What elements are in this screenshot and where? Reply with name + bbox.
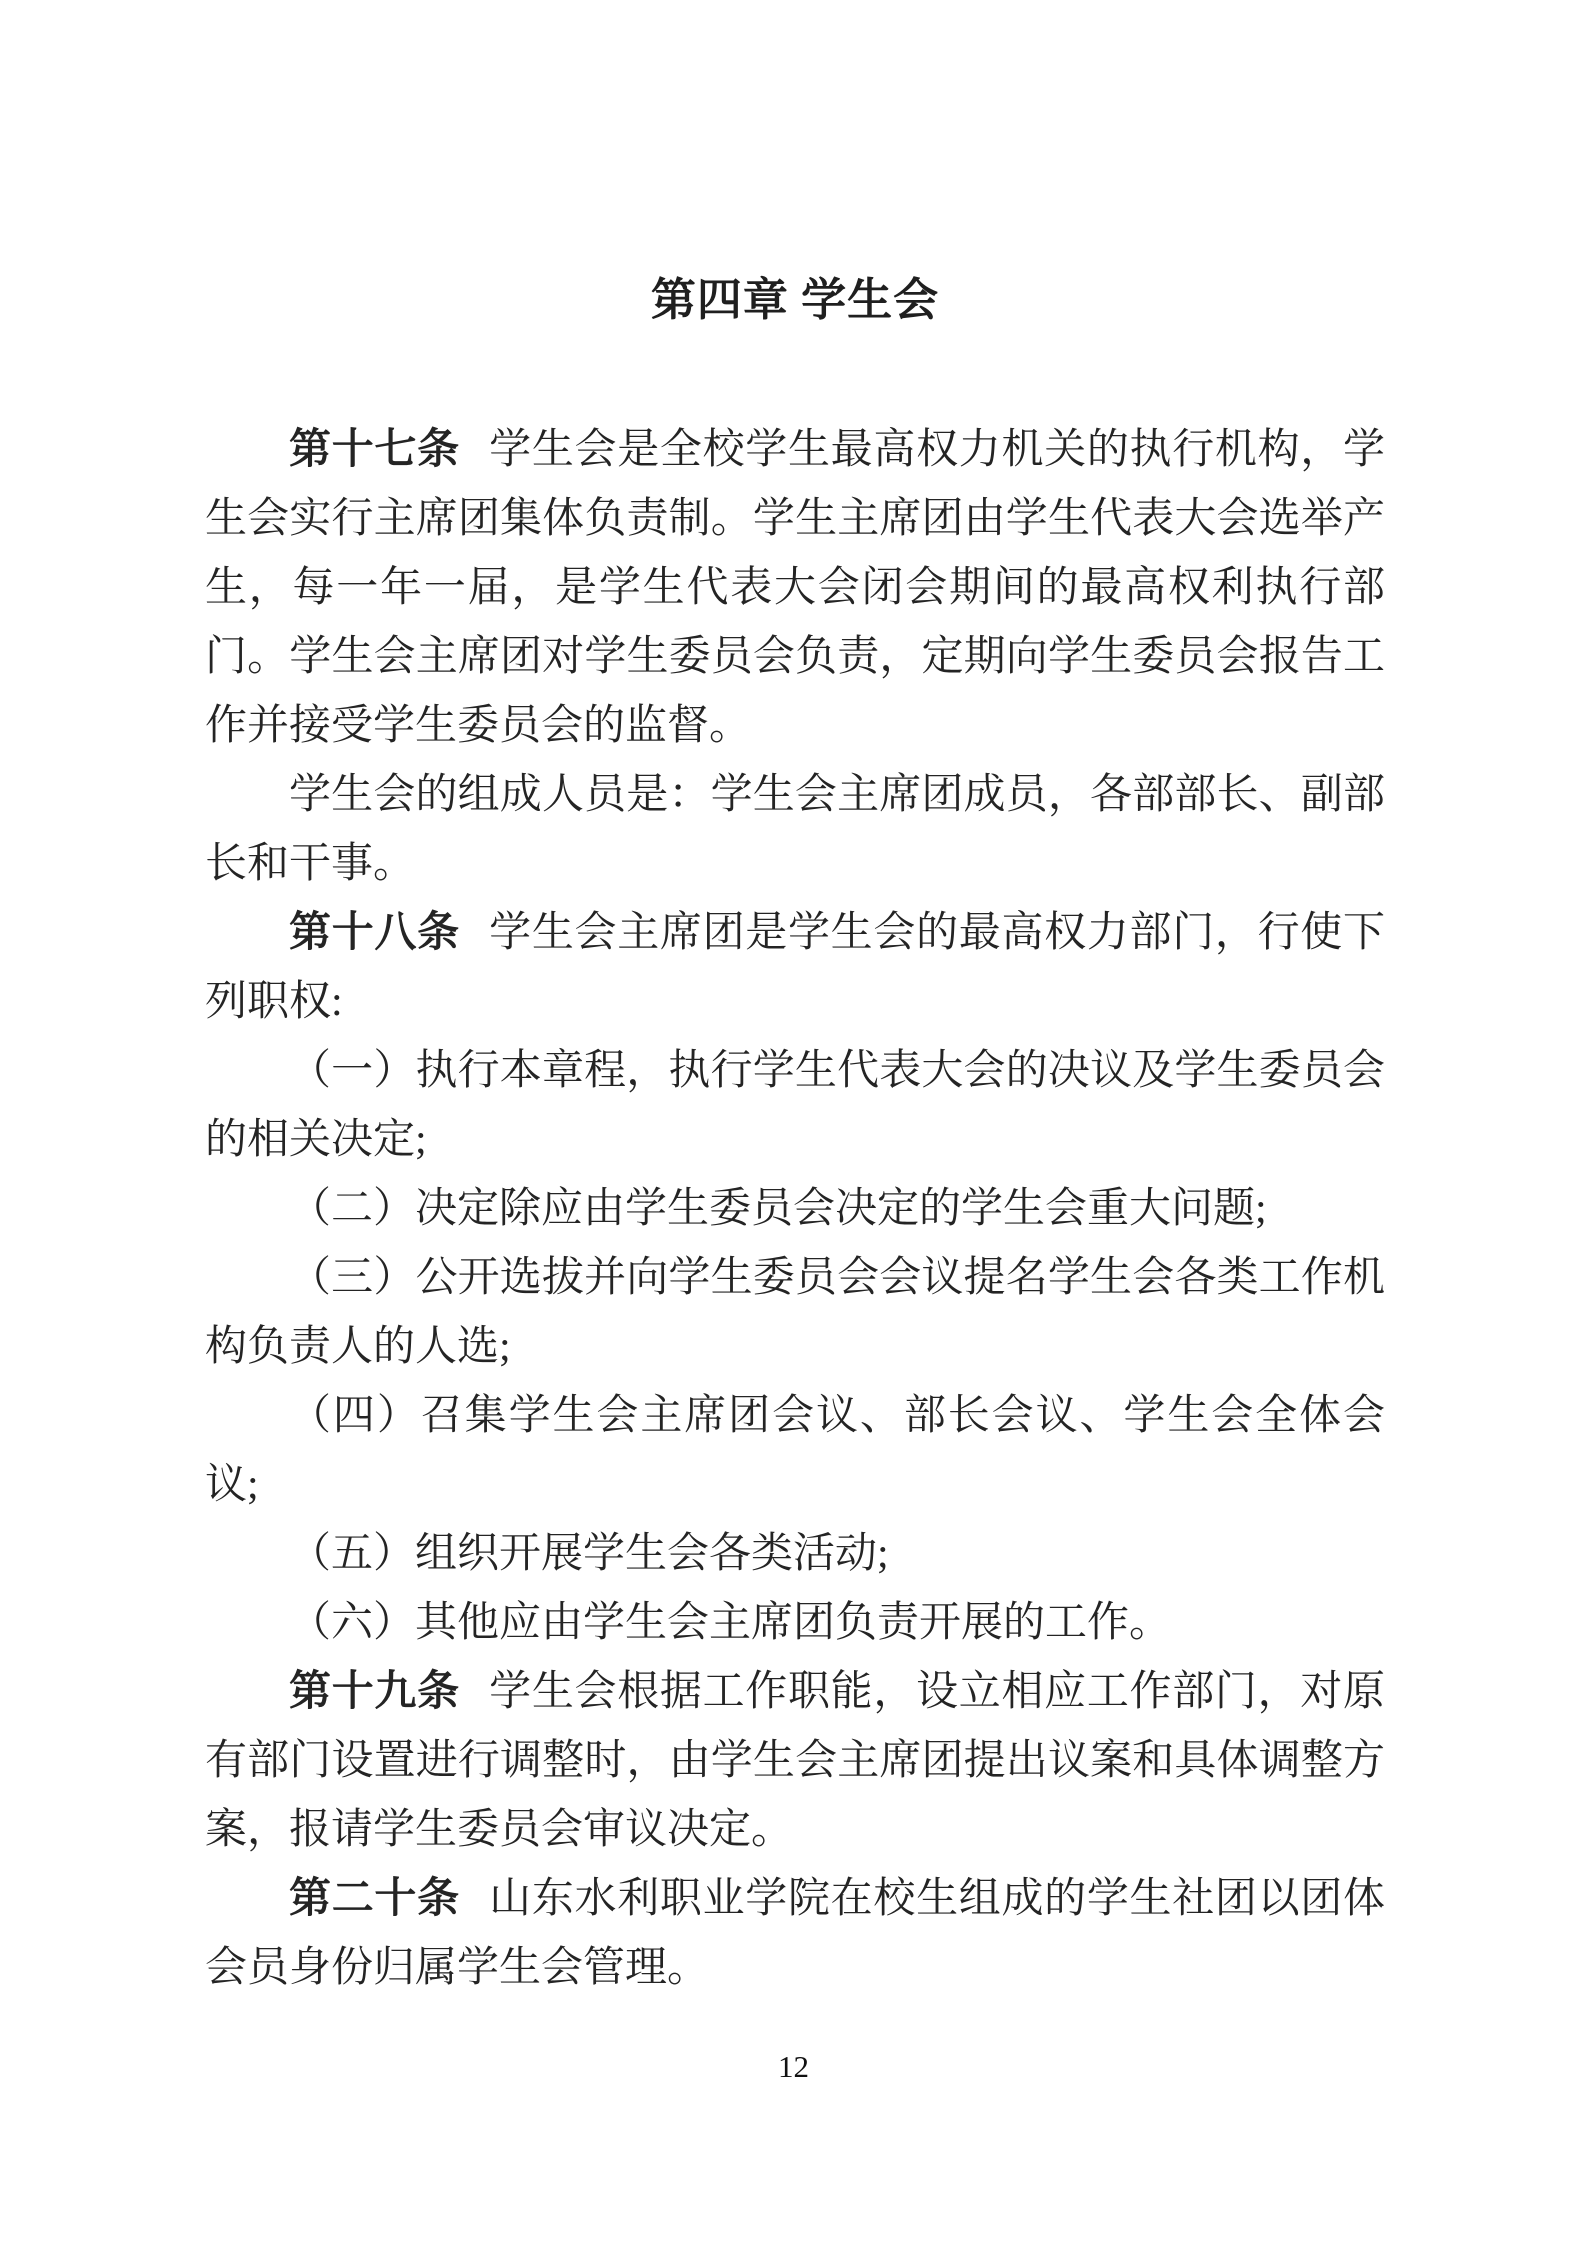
- paragraph: 第十八条学生会主席团是学生会的最高权力部门，行使下列职权:: [205, 899, 1385, 1037]
- paragraph: （六）其他应由学生会主席团负责开展的工作。: [205, 1589, 1385, 1658]
- paragraph: （三）公开选拔并向学生委员会会议提名学生会各类工作机构负责人的人选;: [205, 1244, 1385, 1382]
- paragraph: 第二十条山东水利职业学院在校生组成的学生社团以团体会员身份归属学生会管理。: [205, 1865, 1385, 2003]
- article-number: 第十九条: [289, 1669, 460, 1715]
- paragraph: 第十七条学生会是全校学生最高权力机关的执行机构，学生会实行主席团集体负责制。学生…: [205, 416, 1385, 761]
- article-number: 第十八条: [289, 910, 460, 956]
- paragraph: （四）召集学生会主席团会议、部长会议、学生会全体会议;: [205, 1382, 1385, 1520]
- article-number: 第二十条: [289, 1876, 460, 1922]
- paragraph: （五）组织开展学生会各类活动;: [205, 1520, 1385, 1589]
- paragraph: 第十九条学生会根据工作职能，设立相应工作部门，对原有部门设置进行调整时，由学生会…: [205, 1658, 1385, 1865]
- paragraph: 学生会的组成人员是：学生会主席团成员，各部部长、副部长和干事。: [205, 761, 1385, 899]
- paragraph: （二）决定除应由学生委员会决定的学生会重大问题;: [205, 1175, 1385, 1244]
- article-body: 第十七条学生会是全校学生最高权力机关的执行机构，学生会实行主席团集体负责制。学生…: [205, 416, 1385, 2003]
- article-number: 第十七条: [289, 427, 460, 473]
- document-page: 第四章 学生会 第十七条学生会是全校学生最高权力机关的执行机构，学生会实行主席团…: [0, 0, 1587, 2245]
- chapter-title: 第四章 学生会: [205, 272, 1385, 328]
- paragraph: （一）执行本章程，执行学生代表大会的决议及学生委员会的相关决定;: [205, 1037, 1385, 1175]
- page-number: 12: [0, 2048, 1587, 2086]
